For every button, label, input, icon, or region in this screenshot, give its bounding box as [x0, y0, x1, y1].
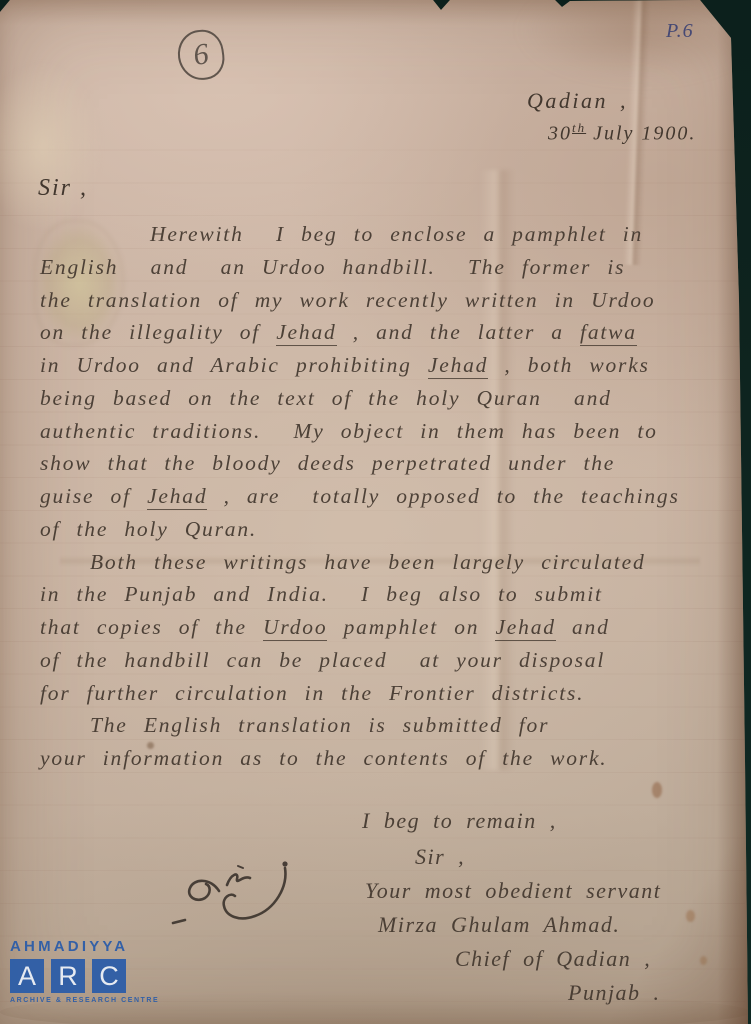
text-segment: , both works — [488, 353, 650, 377]
watermark-tagline: ARCHIVE & RESEARCH CENTRE — [10, 997, 150, 1004]
circled-page-number-value: 6 — [191, 37, 211, 73]
text-segment: English and an Urdoo handbill. The forme… — [40, 255, 625, 279]
handwritten-line: authentic traditions. My object in them … — [40, 419, 658, 444]
underlined-word: Urdoo — [263, 615, 327, 641]
handwritten-line: show that the bloody deeds perpetrated u… — [40, 451, 615, 476]
closing-line: Sir , — [415, 844, 465, 870]
underlined-word: Jehad — [428, 353, 488, 379]
watermark-org-name: AHMADIYYA — [10, 938, 150, 955]
handwritten-line: being based on the text of the holy Qura… — [40, 386, 612, 411]
text-segment: the translation of my work recently writ… — [40, 288, 655, 312]
handwritten-line: that copies of the Urdoo pamphlet on Jeh… — [40, 615, 610, 640]
text-segment: in Urdoo and Arabic prohibiting — [40, 353, 428, 377]
text-segment: being based on the text of the holy Qura… — [40, 386, 612, 410]
handwritten-line: Both these writings have been largely ci… — [90, 550, 646, 575]
handwritten-line: your information as to the contents of t… — [40, 746, 607, 771]
signature-urdu-icon — [165, 855, 320, 943]
text-segment: , and the latter a — [337, 320, 580, 344]
salutation: Sir , — [38, 175, 88, 202]
date-ordinal-suffix: th — [572, 120, 586, 135]
text-segment: your information as to the contents of t… — [40, 746, 607, 770]
text-segment: and — [556, 615, 610, 639]
handwritten-line: of the handbill can be placed at your di… — [40, 648, 605, 673]
handwritten-line: of the holy Quran. — [40, 517, 257, 542]
underlined-word: Jehad — [276, 320, 336, 346]
arc-letter-a: A — [10, 959, 44, 993]
handwritten-line: Herewith I beg to enclose a pamphlet in — [150, 222, 643, 247]
arc-letter-c: C — [92, 959, 126, 993]
signature-name-line: Mirza Ghulam Ahmad. — [378, 912, 620, 938]
handwritten-line: The English translation is submitted for — [90, 713, 549, 738]
closing-line: Punjab . — [568, 980, 661, 1006]
arc-letter-boxes: A R C — [10, 959, 150, 993]
text-segment: The English translation is submitted for — [90, 713, 549, 737]
page-mark: P.6 — [666, 20, 694, 43]
handwritten-line: English and an Urdoo handbill. The forme… — [40, 255, 625, 280]
text-segment: on the illegality of — [40, 320, 276, 344]
letter-place: Qadian , — [527, 88, 628, 114]
text-segment: show that the bloody deeds perpetrated u… — [40, 451, 615, 475]
date-day: 30 — [548, 123, 572, 145]
paper-sheet: 6 P.6 Qadian , 30th July 1900. Sir , Her… — [0, 0, 751, 1024]
closing-line: Your most obedient servant — [365, 878, 661, 904]
circled-page-number: 6 — [175, 27, 228, 83]
arc-letter-r: R — [51, 959, 85, 993]
text-segment: guise of — [40, 484, 147, 508]
rust-spot — [652, 782, 662, 798]
handwritten-line: guise of Jehad , are totally opposed to … — [40, 484, 680, 509]
text-segment: that copies of the — [40, 615, 263, 639]
text-segment: of the holy Quran. — [40, 517, 257, 541]
underlined-word: fatwa — [580, 320, 637, 346]
underlined-word: Jehad — [147, 484, 207, 510]
handwritten-line: in Urdoo and Arabic prohibiting Jehad , … — [40, 353, 650, 378]
paper-stain — [0, 62, 102, 232]
paper-edge-shading — [0, 0, 751, 1024]
text-segment: for further circulation in the Frontier … — [40, 681, 584, 705]
text-segment: in the Punjab and India. I beg also to s… — [40, 582, 603, 606]
text-segment: authentic traditions. My object in them … — [40, 419, 658, 443]
underlined-word: Jehad — [495, 615, 555, 641]
closing-line: Chief of Qadian , — [455, 946, 651, 972]
text-segment: Both these writings have been largely ci… — [90, 550, 646, 574]
handwritten-line: on the illegality of Jehad , and the lat… — [40, 320, 637, 345]
text-segment: Herewith I beg to enclose a pamphlet in — [150, 222, 643, 246]
handwritten-line: the translation of my work recently writ… — [40, 288, 655, 313]
paper-stain — [520, 0, 751, 80]
text-segment: pamphlet on — [327, 615, 495, 639]
rust-spot — [686, 910, 695, 922]
handwritten-line: in the Punjab and India. I beg also to s… — [40, 582, 603, 607]
date-rest: July 1900. — [586, 123, 696, 145]
ahmadiyya-arc-watermark: AHMADIYYA A R C ARCHIVE & RESEARCH CENTR… — [10, 938, 150, 1004]
handwritten-line: for further circulation in the Frontier … — [40, 681, 584, 706]
scanned-letter-page: 6 P.6 Qadian , 30th July 1900. Sir , Her… — [0, 0, 751, 1024]
letter-date: 30th July 1900. — [548, 120, 696, 146]
closing-line: I beg to remain , — [362, 808, 557, 834]
rust-spot — [700, 956, 707, 965]
text-segment: of the handbill can be placed at your di… — [40, 648, 605, 672]
text-segment: , are totally opposed to the teachings — [207, 484, 679, 508]
